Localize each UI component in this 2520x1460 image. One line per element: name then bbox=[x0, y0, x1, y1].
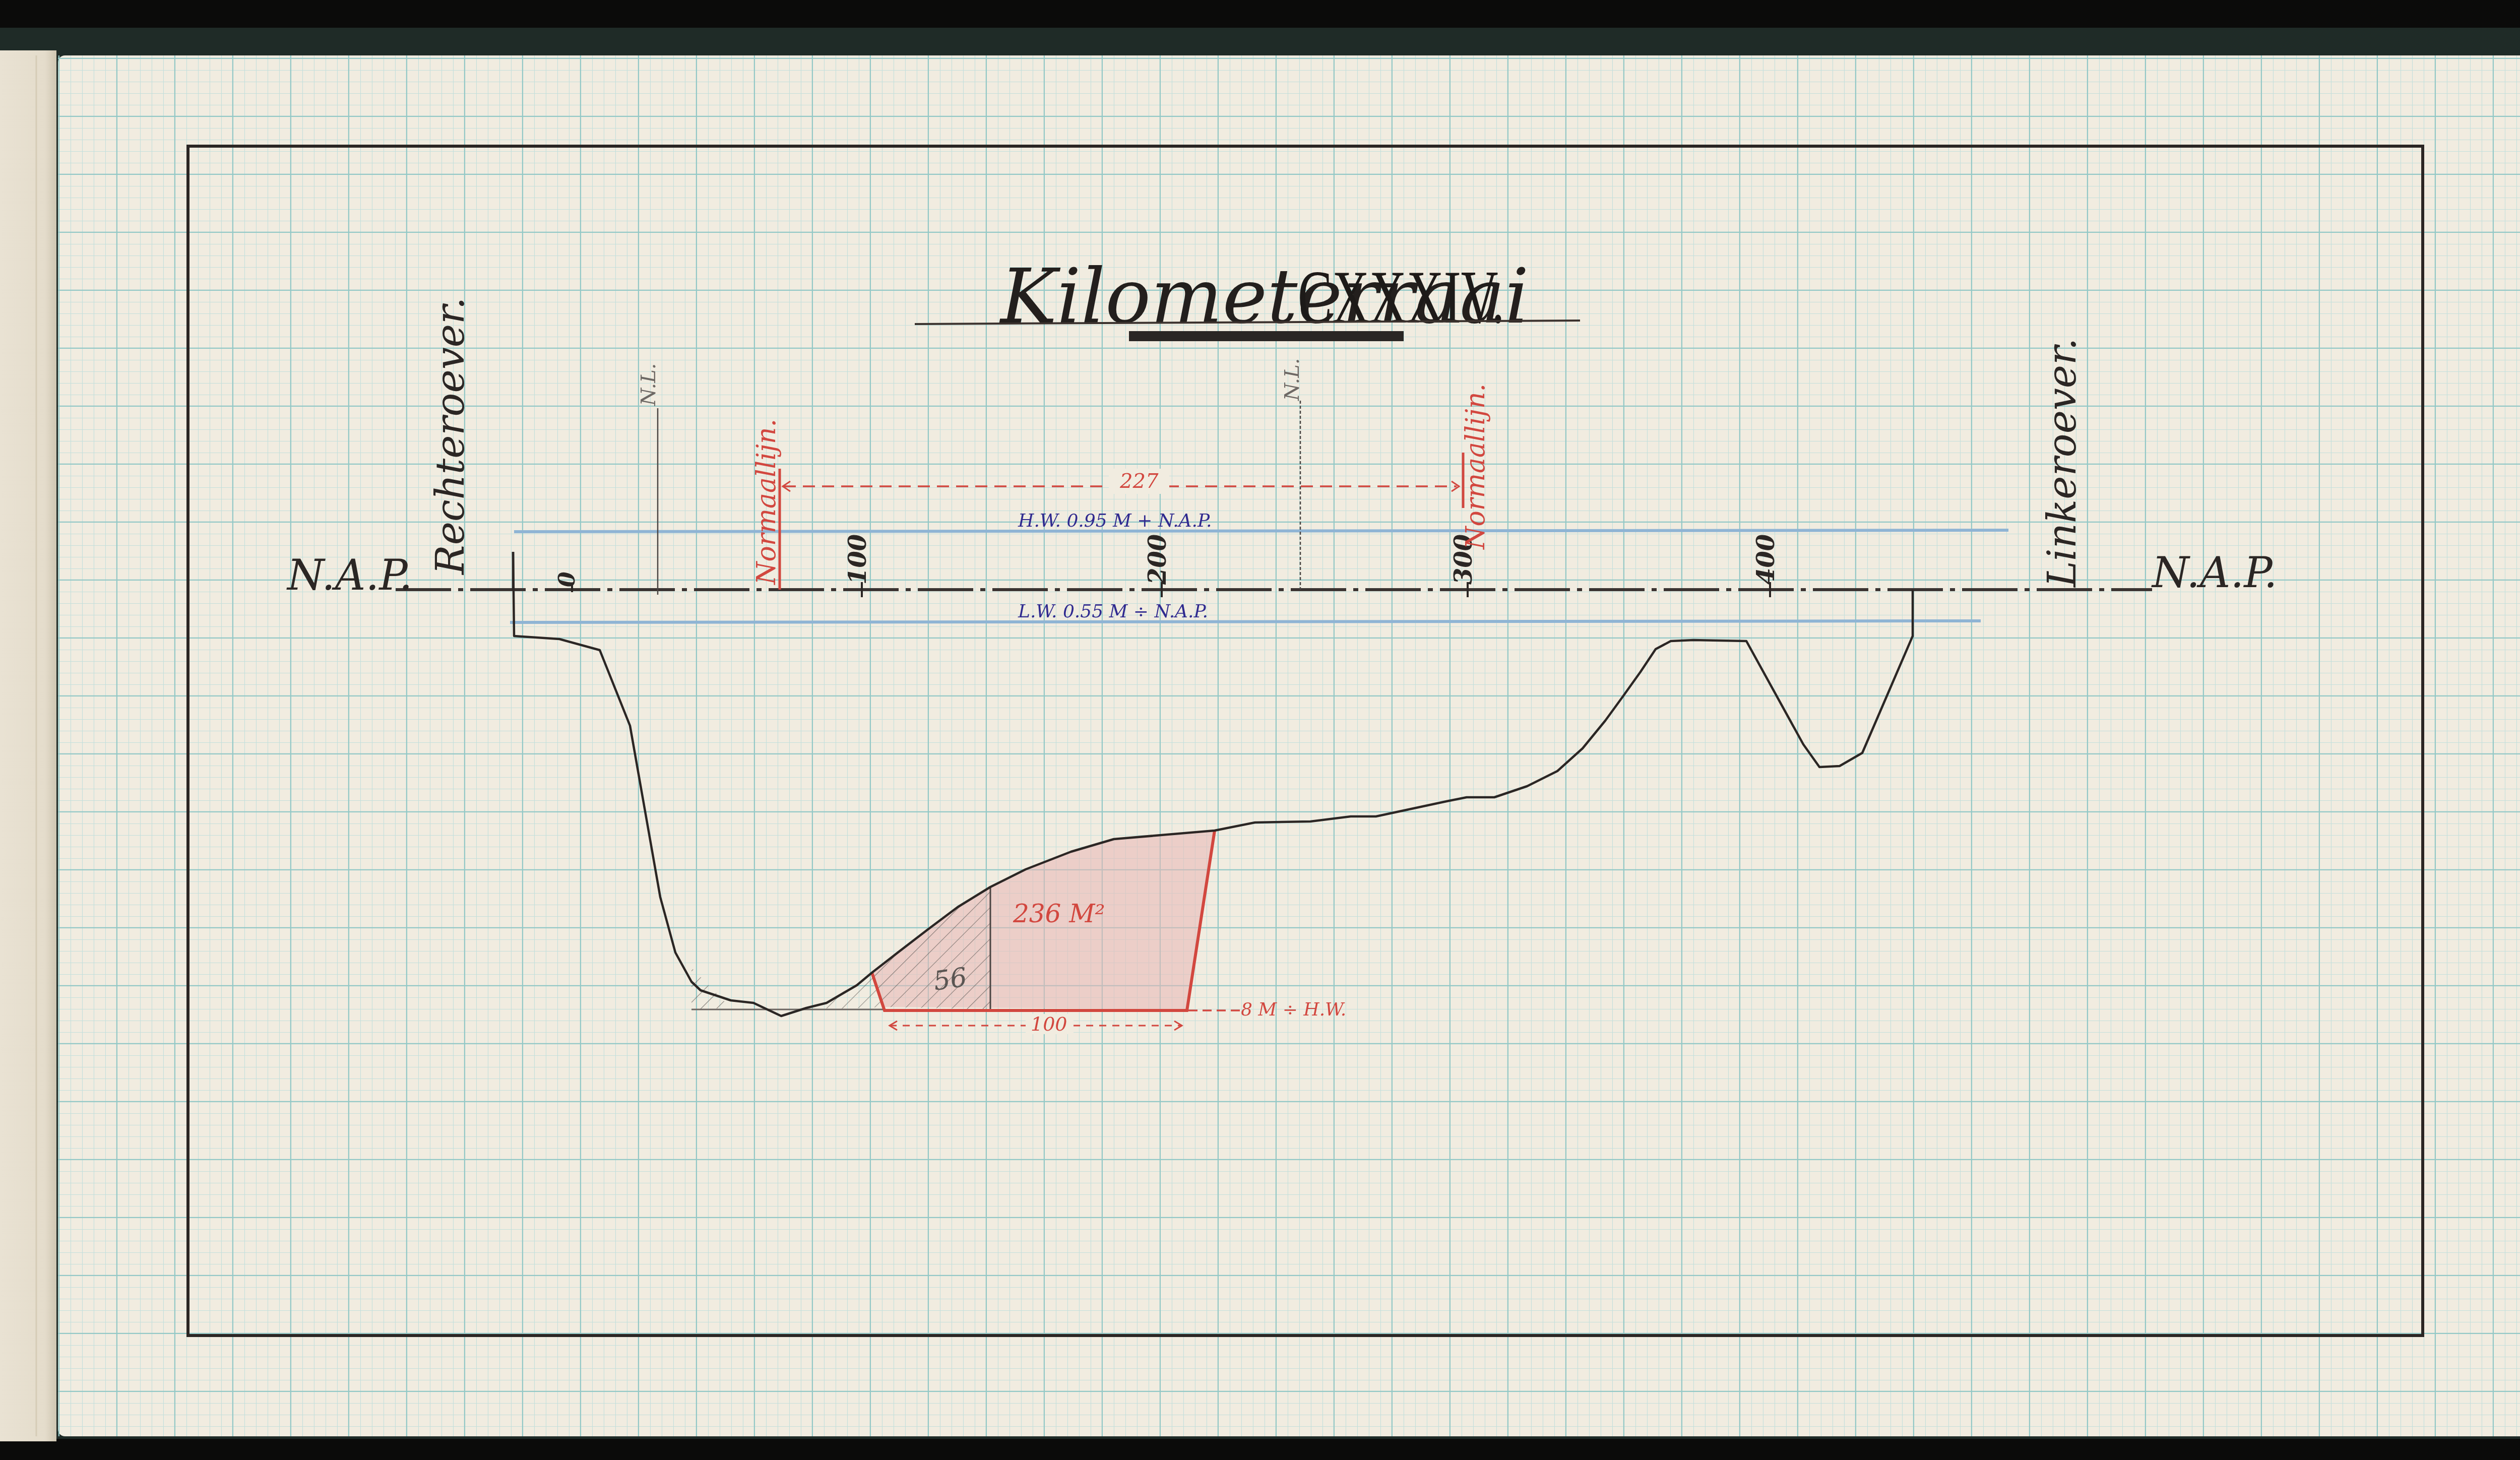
cross-section-drawing: Kilometerraai CXXXIV. N.A.P. N.A.P. Rech… bbox=[0, 0, 2520, 1460]
normaallijn-left: Normaallijn. bbox=[751, 419, 782, 590]
scanned-notebook-page: Kilometerraai CXXXIV. N.A.P. N.A.P. Rech… bbox=[0, 0, 2520, 1460]
svg-text:100: 100 bbox=[844, 534, 872, 585]
right-bank-label: Rechteroever. bbox=[428, 297, 473, 576]
normaallijn-label-left: Normaallijn. bbox=[751, 419, 782, 586]
high-water-label: H.W. 0.95 M + N.A.P. bbox=[1018, 511, 1212, 531]
svg-text:0: 0 bbox=[554, 572, 580, 587]
svg-text:200: 200 bbox=[1144, 534, 1172, 585]
hatched-area-label: 56 bbox=[931, 962, 969, 997]
title: Kilometerraai CXXXIV. bbox=[915, 253, 1580, 341]
depth-label: 8 M ÷ H.W. bbox=[1241, 999, 1346, 1020]
main-area-label: 236 M² bbox=[1013, 899, 1105, 928]
left-bank-label: Linkeroever. bbox=[2040, 338, 2085, 588]
normaallijn-right: Normaallijn. bbox=[1461, 384, 1491, 550]
nap-label-left: N.A.P. bbox=[286, 550, 412, 600]
normaallijn-distance-label: 227 bbox=[1119, 470, 1159, 493]
base-width-label: 100 bbox=[1031, 1013, 1067, 1035]
nap-label-right: N.A.P. bbox=[2151, 548, 2277, 597]
nl-label-right: N.L. bbox=[1281, 358, 1304, 401]
low-water-label: L.W. 0.55 M ÷ N.A.P. bbox=[1018, 601, 1208, 622]
title-roman-numeral: CXXXIV. bbox=[1298, 256, 1504, 339]
left-page-edge bbox=[0, 50, 56, 1441]
normaallijn-label-right: Normaallijn. bbox=[1461, 384, 1491, 550]
svg-text:400: 400 bbox=[1752, 534, 1780, 585]
nl-label-left: N.L. bbox=[637, 363, 660, 406]
